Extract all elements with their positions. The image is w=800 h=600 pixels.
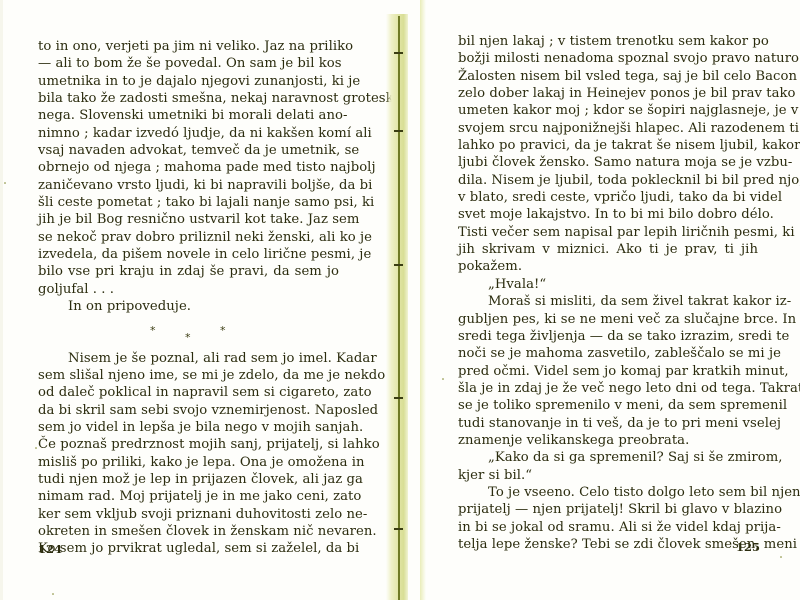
text-line: lahko po pravici, da je takrat še nisem …	[458, 137, 758, 154]
text-line: gubljen pes, ki se ne meni več za slučaj…	[458, 311, 758, 328]
text-line: umetnika in to je dajalo njegovi zunanjo…	[38, 73, 339, 90]
text-line: dila. Nisem je ljubil, toda poklecknil b…	[458, 172, 758, 189]
text-line: telja lepe ženske? Tebi se zdi človek sm…	[458, 536, 758, 553]
text-line: zelo dober lakaj in Heinejev ponos je bi…	[458, 85, 758, 102]
text-line: nimam rad. Moj prijatelj je in me jako c…	[38, 488, 339, 505]
text-line: — ali to bom že še povedal. On sam je bi…	[38, 55, 339, 72]
text-line: Nisem je še poznal, ali rad sem jo imel.…	[38, 350, 339, 367]
paragraph: „Hvala!“	[458, 276, 758, 293]
text-line: tudi njen mož je lep in prijazen človek,…	[38, 471, 339, 488]
page-number: 125	[736, 540, 760, 554]
text-line: sem jo videl in lepša je bila nego v moj…	[38, 419, 339, 436]
left-page-text: to in ono, verjeti pa jim ni veliko. Jaz…	[38, 38, 339, 558]
asterisk-icon: *	[185, 329, 191, 346]
text-line: izvedela, da pišem novele in celo liričn…	[38, 246, 339, 263]
text-line: Tisti večer sem napisal par lepih liričn…	[458, 224, 758, 241]
paper-speck	[442, 378, 444, 380]
text-line: umeten kakor moj ; kdor se šopiri najgla…	[458, 102, 758, 119]
text-line: Žalosten nisem bil vsled tega, saj je bi…	[458, 68, 758, 85]
asterisk-icon: *	[150, 322, 156, 339]
paragraph: In on pripoveduje.	[38, 298, 339, 315]
text-line: znamenje velikanskega preobrata.	[458, 432, 758, 449]
paper-speck	[551, 543, 553, 545]
text-line: v blato, sredi ceste, vpričo ljudi, tako…	[458, 189, 758, 206]
text-line: ljubi človek žensko. Samo natura moja se…	[458, 154, 758, 171]
section-separator: * * *	[38, 316, 339, 350]
text-line: „Hvala!“	[458, 276, 758, 293]
text-line: sem slišal njeno ime, se mi je zdelo, da…	[38, 367, 339, 384]
text-line: od daleč poklical in napravil sem si cig…	[38, 384, 339, 401]
text-line: šla je in zdaj je že več nego leto dni o…	[458, 380, 758, 397]
text-line: zaničevano vrsto ljudi, ki bi napravili …	[38, 177, 339, 194]
paper-speck	[4, 182, 6, 184]
text-line: svet moje lakajstvo. In to bi mi bilo do…	[458, 206, 758, 223]
book-spread: to in ono, verjeti pa jim ni veliko. Jaz…	[0, 0, 800, 600]
text-line: tudi stanovanje in ti veš, da je to pri …	[458, 415, 758, 432]
text-line: svojem srcu najponižnejši hlapec. Ali ra…	[458, 120, 758, 137]
text-line: jih je bil Bog resnično ustvaril kot tak…	[38, 211, 339, 228]
paragraph: „Kako da si ga spremenil? Saj si še zmir…	[458, 449, 758, 484]
text-line: pokažem.	[458, 258, 758, 275]
text-line: to in ono, verjeti pa jim ni veliko. Jaz…	[38, 38, 339, 55]
paragraph: To je vseeno. Celo tisto dolgo leto sem …	[458, 484, 758, 553]
text-line: jih skrivam v miznici. Ako ti je prav, t…	[458, 241, 758, 258]
text-line: vsaj navaden advokat, temveč da je umetn…	[38, 142, 339, 159]
paper-speck	[52, 593, 54, 595]
text-line: in bi se jokal od sramu. Ali si že videl…	[458, 519, 758, 536]
text-line: nega. Slovenski umetniki bi morali delat…	[38, 107, 339, 124]
text-line: Če poznaš predrznost mojih sanj, prijate…	[38, 436, 339, 453]
text-line: bila tako že zadosti smešna, nekaj narav…	[38, 90, 339, 107]
paragraph: Moraš si misliti, da sem živel takrat ka…	[458, 293, 758, 449]
text-line: se nekoč prav dobro priliznil neki žensk…	[38, 229, 339, 246]
paper-speck	[35, 447, 37, 449]
text-line: šli ceste pometat ; tako bi lajali nanje…	[38, 194, 339, 211]
paragraph: Nisem je še poznal, ali rad sem jo imel.…	[38, 350, 339, 558]
text-line: pred očmi. Videl sem jo komaj par kratki…	[458, 363, 758, 380]
paragraph: to in ono, verjeti pa jim ni veliko. Jaz…	[38, 38, 339, 298]
text-line: kjer si bil.“	[458, 467, 758, 484]
text-line: ker sem vkljub svoji priznani duhovitost…	[38, 506, 339, 523]
text-line: sredi tega življenja — da se tako izrazi…	[458, 328, 758, 345]
text-line: da bi skril sam sebi svojo vznemirjenost…	[38, 402, 339, 419]
text-line: goljufal . . .	[38, 281, 339, 298]
text-line: bil njen lakaj ; v tistem trenotku sem k…	[458, 33, 758, 50]
text-line: obrnejo od njega ; mahoma pade med tisto…	[38, 159, 339, 176]
left-page: to in ono, verjeti pa jim ni veliko. Jaz…	[0, 0, 398, 600]
page-number: 124	[38, 542, 62, 556]
paragraph: bil njen lakaj ; v tistem trenotku sem k…	[458, 33, 758, 276]
text-line: In on pripoveduje.	[38, 298, 339, 315]
text-line: prijatelj — njen prijatelj! Skril bi gla…	[458, 501, 758, 518]
text-line: Ko sem jo prvikrat ugledal, sem si zažel…	[38, 540, 339, 557]
text-line: noči se je mahoma zasvetilo, zableščalo …	[458, 345, 758, 362]
text-line: se je toliko spremenilo v meni, da sem s…	[458, 397, 758, 414]
text-line: misliš po priliki, kako je lepa. Ona je …	[38, 454, 339, 471]
text-line: okreten in smešen človek in ženskam nič …	[38, 523, 339, 540]
text-line: To je vseeno. Celo tisto dolgo leto sem …	[458, 484, 758, 501]
text-line: božji milosti nenadoma spoznal svojo pra…	[458, 50, 758, 67]
text-line: nimno ; kadar izvedó ljudje, da ni kakše…	[38, 125, 339, 142]
text-line: bilo vse pri kraju in zdaj še pravi, da …	[38, 263, 339, 280]
paper-speck	[780, 556, 782, 558]
text-line: Moraš si misliti, da sem živel takrat ka…	[458, 293, 758, 310]
right-page-text: bil njen lakaj ; v tistem trenotku sem k…	[458, 33, 758, 553]
asterisk-icon: *	[220, 322, 226, 339]
text-line: „Kako da si ga spremenil? Saj si še zmir…	[458, 449, 758, 466]
right-page: bil njen lakaj ; v tistem trenotku sem k…	[398, 0, 800, 600]
